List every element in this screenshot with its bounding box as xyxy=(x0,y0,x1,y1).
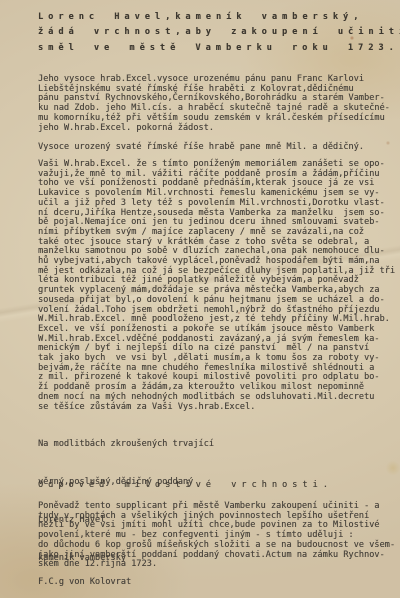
response-body: Poněvadž tento supplicant při městě Vamb… xyxy=(38,502,395,570)
petition-body: Vaši W.hrab.Excel. že s tímto poníženým … xyxy=(38,160,395,412)
petition-address: Jeho vysoce hrab.Excel.vysoce urozenému … xyxy=(38,75,390,133)
petition-salutation: Vysoce urozený svaté římské říše hrabě p… xyxy=(38,143,364,153)
response-signature: F.C.g von Kolovrat xyxy=(38,578,131,588)
document-page: Lorenc Havel,kameník vamberský, žádá vrc… xyxy=(0,0,400,598)
petition-title: Lorenc Havel,kameník vamberský, žádá vrc… xyxy=(38,10,400,56)
response-heading: Odpověď milostivé vrchnosti. xyxy=(38,478,333,493)
closing-line-devotion: Na modlitbách zkroušených trvající xyxy=(38,438,214,451)
